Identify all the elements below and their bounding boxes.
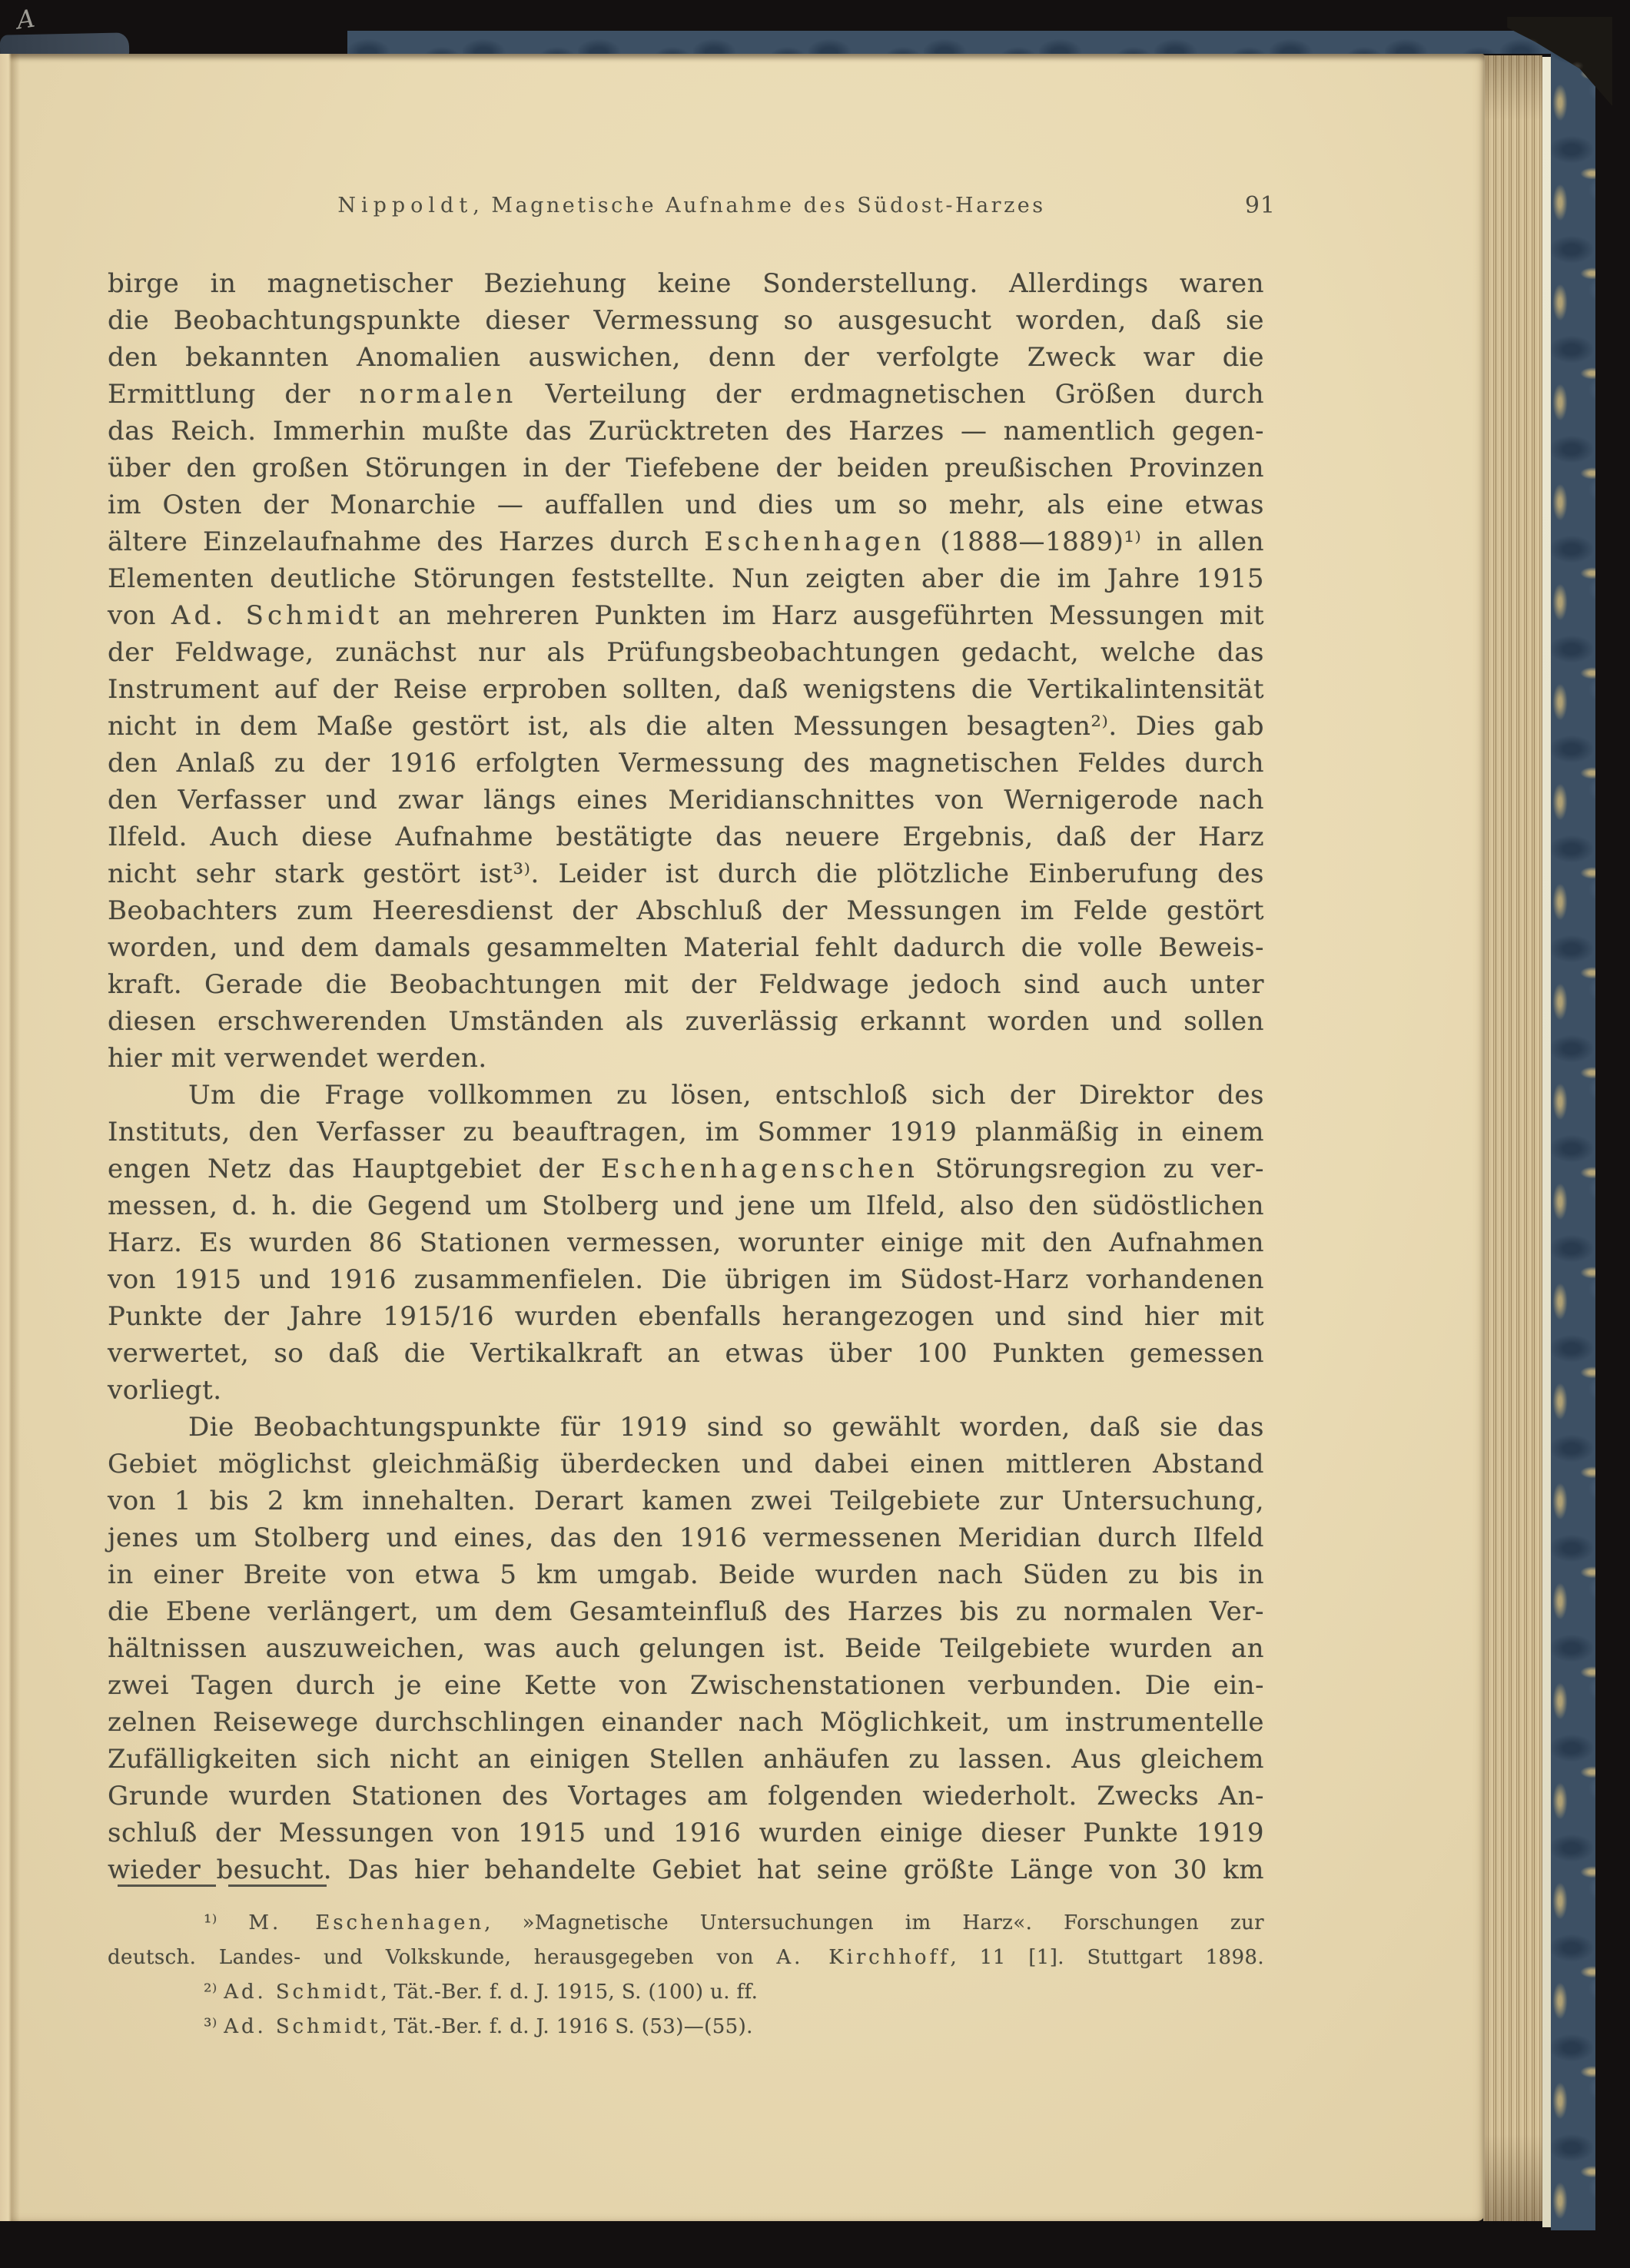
text-line: die Beobachtungspunkte dieser Vermessung…	[108, 302, 1264, 339]
text-line: ¹⁾ M. Eschenhagen, »Magnetische Untersuc…	[108, 1906, 1264, 1941]
text-segment: Punkte der Jahre 1915/16 wurden ebenfall…	[108, 1301, 1264, 1332]
text-line: Instituts, den Verfasser zu beauftragen,…	[108, 1114, 1264, 1151]
text-segment: Beobachters zum Heeresdienst der Abschlu…	[108, 895, 1264, 926]
text-line: Gebiet möglichst gleichmäßig überdecken …	[108, 1446, 1264, 1483]
text-line: hier mit verwendet werden.	[108, 1040, 1264, 1077]
letterspaced-name: A. Kirchhoff	[776, 1946, 950, 1969]
page-edges-stack	[1483, 55, 1542, 2221]
text-line: Ermittlung der normalen Verteilung der e…	[108, 376, 1264, 413]
text-segment: Elementen deutliche Störungen feststellt…	[108, 563, 1264, 594]
text-segment: diesen erschwerenden Umständen als zuver…	[108, 1006, 1264, 1037]
text-line: der Feldwage, zunächst nur als Prüfungsb…	[108, 634, 1264, 671]
letterspaced-name: M. Eschenhagen	[248, 1911, 484, 1934]
text-segment: deutsch. Landes- und Volkskunde, herausg…	[108, 1946, 776, 1969]
text-line: in einer Breite von etwa 5 km umgab. Bei…	[108, 1556, 1264, 1593]
text-segment: vorliegt.	[108, 1375, 222, 1406]
text-segment: das Reich. Immerhin mußte das Zurücktret…	[108, 416, 1264, 447]
text-line: Die Beobachtungspunkte für 1919 sind so …	[108, 1409, 1264, 1446]
text-segment: Grunde wurden Stationen des Vortages am …	[108, 1781, 1264, 1811]
running-header: Nippoldt, Magnetische Aufnahme des Südos…	[108, 194, 1276, 227]
footnotes: ¹⁾ M. Eschenhagen, »Magnetische Untersuc…	[108, 1906, 1264, 2044]
text-segment: in einer Breite von etwa 5 km umgab. Bei…	[108, 1559, 1264, 1590]
text-line: nicht sehr stark gestört ist³⁾. Leider i…	[108, 855, 1264, 892]
text-segment: Die Beobachtungspunkte für 1919 sind so …	[188, 1412, 1264, 1443]
text-line: über den großen Störungen in der Tiefebe…	[108, 450, 1264, 486]
text-line: ältere Einzelaufnahme des Harzes durch E…	[108, 523, 1264, 560]
text-segment: verwertet, so daß die Vertikalkraft an e…	[108, 1338, 1264, 1369]
text-segment: jenes um Stolberg und eines, das den 191…	[108, 1523, 1264, 1553]
text-segment: von	[108, 600, 171, 631]
text-line: hältnissen auszuweichen, was auch gelung…	[108, 1630, 1264, 1667]
letterspaced-name: Ad. Schmidt	[224, 2015, 380, 2038]
text-segment: die Ebene verlängert, um dem Gesamteinfl…	[108, 1596, 1264, 1627]
text-line: ²⁾ Ad. Schmidt, Tät.-Ber. f. d. J. 1915,…	[108, 1975, 1264, 2010]
page-number: 91	[1245, 192, 1276, 219]
text-segment: der Feldwage, zunächst nur als Prüfungsb…	[108, 637, 1264, 668]
text-line: worden, und dem damals gesammelten Mater…	[108, 929, 1264, 966]
text-segment: Verteilung der erdmagnetischen Größen du…	[516, 379, 1264, 410]
text-segment: Störungsregion zu ver-	[918, 1154, 1264, 1184]
text-segment: Ermittlung der	[108, 379, 360, 410]
text-segment: von 1915 und 1916 zusammenfielen. Die üb…	[108, 1264, 1264, 1295]
text-segment: den Anlaß zu der 1916 erfolgten Vermessu…	[108, 748, 1264, 779]
text-segment: ²⁾	[204, 1981, 224, 2004]
text-line: vorliegt.	[108, 1372, 1264, 1409]
text-segment: an mehreren Punkten im Harz ausgeführten…	[383, 600, 1264, 631]
text-line: Grunde wurden Stationen des Vortages am …	[108, 1778, 1264, 1815]
text-segment: , 11 [1]. Stuttgart 1898.	[951, 1946, 1264, 1969]
text-line: messen, d. h. die Gegend um Stolberg und…	[108, 1187, 1264, 1224]
letterspaced-name: Ad. Schmidt	[224, 1981, 380, 2004]
text-line: nicht in dem Maße gestört ist, als die a…	[108, 708, 1264, 745]
text-line: kraft. Gerade die Beobachtungen mit der …	[108, 966, 1264, 1003]
text-line: Elementen deutliche Störungen feststellt…	[108, 560, 1264, 597]
text-segment: die Beobachtungspunkte dieser Vermessung…	[108, 305, 1264, 336]
text-segment: über den großen Störungen in der Tiefebe…	[108, 453, 1264, 483]
text-segment: nicht in dem Maße gestört ist, als die a…	[108, 711, 1264, 742]
text-line: von 1915 und 1916 zusammenfielen. Die üb…	[108, 1261, 1264, 1298]
letterspaced-name: Ad. Schmidt	[171, 600, 383, 631]
text-line: wieder besucht. Das hier behandelte Gebi…	[108, 1851, 1264, 1888]
text-segment: worden, und dem damals gesammelten Mater…	[108, 932, 1264, 963]
text-line: Harz. Es wurden 86 Stationen vermessen, …	[108, 1224, 1264, 1261]
chapter-title: , Magnetische Aufnahme des Südost-Harzes	[473, 194, 1045, 218]
text-line: birge in magnetischer Beziehung keine So…	[108, 265, 1264, 302]
text-line: zwei Tagen durch je eine Kette von Zwisc…	[108, 1667, 1264, 1704]
author-name: Nippoldt	[337, 194, 473, 218]
text-line: den Anlaß zu der 1916 erfolgten Vermessu…	[108, 745, 1264, 782]
text-line: im Osten der Monarchie — auffallen und d…	[108, 486, 1264, 523]
text-segment: , Tät.-Ber. f. d. J. 1915, S. (100) u. f…	[380, 1981, 758, 2004]
text-segment: schluß der Messungen von 1915 und 1916 w…	[108, 1818, 1264, 1848]
text-segment: Instituts, den Verfasser zu beauftragen,…	[108, 1117, 1264, 1147]
text-line: Um die Frage vollkommen zu lösen, entsch…	[108, 1077, 1264, 1114]
text-line: den Verfasser und zwar längs eines Merid…	[108, 782, 1264, 819]
text-line: von 1 bis 2 km innehalten. Derart kamen …	[108, 1483, 1264, 1519]
text-line: verwertet, so daß die Vertikalkraft an e…	[108, 1335, 1264, 1372]
text-segment: , »Magnetische Untersuchungen im Harz«. …	[484, 1911, 1264, 1934]
text-segment: , Tät.-Ber. f. d. J. 1916 S. (53)—(55).	[380, 2015, 753, 2038]
text-line: Zufälligkeiten sich nicht an einigen Ste…	[108, 1741, 1264, 1778]
text-segment: wieder besucht. Das hier behandelte Gebi…	[108, 1855, 1264, 1885]
text-segment: hältnissen auszuweichen, was auch gelung…	[108, 1633, 1264, 1664]
text-line: ³⁾ Ad. Schmidt, Tät.-Ber. f. d. J. 1916 …	[108, 2010, 1264, 2044]
text-segment: birge in magnetischer Beziehung keine So…	[108, 268, 1264, 299]
body-text: birge in magnetischer Beziehung keine So…	[108, 265, 1264, 1888]
text-line: die Ebene verlängert, um dem Gesamteinfl…	[108, 1593, 1264, 1630]
text-segment: zelnen Reisewege durchschlingen einander…	[108, 1707, 1264, 1738]
text-segment: engen Netz das Hauptgebiet der	[108, 1154, 601, 1184]
text-segment: Gebiet möglichst gleichmäßig überdecken …	[108, 1449, 1264, 1479]
text-line: von Ad. Schmidt an mehreren Punkten im H…	[108, 597, 1264, 634]
footnote-separator	[118, 1884, 327, 1887]
text-segment: Harz. Es wurden 86 Stationen vermessen, …	[108, 1227, 1264, 1258]
scanned-book-photo: { "header": { "title_name": "Nippoldt", …	[0, 0, 1630, 2268]
text-segment: von 1 bis 2 km innehalten. Derart kamen …	[108, 1486, 1264, 1516]
text-segment: (1888—1889)¹⁾ in allen	[925, 526, 1264, 557]
text-line: deutsch. Landes- und Volkskunde, herausg…	[108, 1941, 1264, 1975]
text-segment: messen, d. h. die Gegend um Stolberg und…	[108, 1190, 1264, 1221]
letterspaced-name: normalen	[360, 379, 517, 410]
text-line: Punkte der Jahre 1915/16 wurden ebenfall…	[108, 1298, 1264, 1335]
text-segment: den Verfasser und zwar längs eines Merid…	[108, 785, 1264, 815]
text-segment: ³⁾	[204, 2015, 224, 2038]
page-edges-highlight	[1542, 57, 1551, 2227]
text-segment: kraft. Gerade die Beobachtungen mit der …	[108, 969, 1264, 1000]
text-line: zelnen Reisewege durchschlingen einander…	[108, 1704, 1264, 1741]
text-segment: hier mit verwendet werden.	[108, 1043, 487, 1074]
text-line: den bekannten Anomalien auswichen, denn …	[108, 339, 1264, 376]
text-segment: zwei Tagen durch je eine Kette von Zwisc…	[108, 1670, 1264, 1701]
cover-marble-top-band	[347, 31, 1597, 54]
letterspaced-name: Eschenhagenschen	[601, 1154, 918, 1184]
running-header-title: Nippoldt, Magnetische Aufnahme des Südos…	[108, 194, 1276, 218]
text-line: Instrument auf der Reise erproben sollte…	[108, 671, 1264, 708]
text-line: das Reich. Immerhin mußte das Zurücktret…	[108, 413, 1264, 450]
book-page: Nippoldt, Magnetische Aufnahme des Südos…	[0, 54, 1485, 2221]
text-segment: Um die Frage vollkommen zu lösen, entsch…	[188, 1080, 1264, 1111]
text-segment: Ilfeld. Auch diese Aufnahme bestätigte d…	[108, 822, 1264, 852]
letterspaced-name: Eschenhagen	[704, 526, 925, 557]
text-line: Ilfeld. Auch diese Aufnahme bestätigte d…	[108, 819, 1264, 855]
text-segment: im Osten der Monarchie — auffallen und d…	[108, 490, 1264, 520]
text-segment: Zufälligkeiten sich nicht an einigen Ste…	[108, 1744, 1264, 1775]
text-segment: ¹⁾	[204, 1911, 248, 1934]
text-line: schluß der Messungen von 1915 und 1916 w…	[108, 1815, 1264, 1851]
text-line: jenes um Stolberg und eines, das den 191…	[108, 1519, 1264, 1556]
text-segment: nicht sehr stark gestört ist³⁾. Leider i…	[108, 858, 1264, 889]
text-line: diesen erschwerenden Umständen als zuver…	[108, 1003, 1264, 1040]
text-segment: den bekannten Anomalien auswichen, denn …	[108, 342, 1264, 373]
text-segment: Instrument auf der Reise erproben sollte…	[108, 674, 1264, 705]
cover-marble-right-band	[1551, 28, 1595, 2230]
handwritten-mark: A	[15, 4, 36, 35]
text-line: engen Netz das Hauptgebiet der Eschenhag…	[108, 1151, 1264, 1187]
gutter-crease	[0, 54, 20, 2221]
text-line: Beobachters zum Heeresdienst der Abschlu…	[108, 892, 1264, 929]
text-segment: ältere Einzelaufnahme des Harzes durch	[108, 526, 704, 557]
